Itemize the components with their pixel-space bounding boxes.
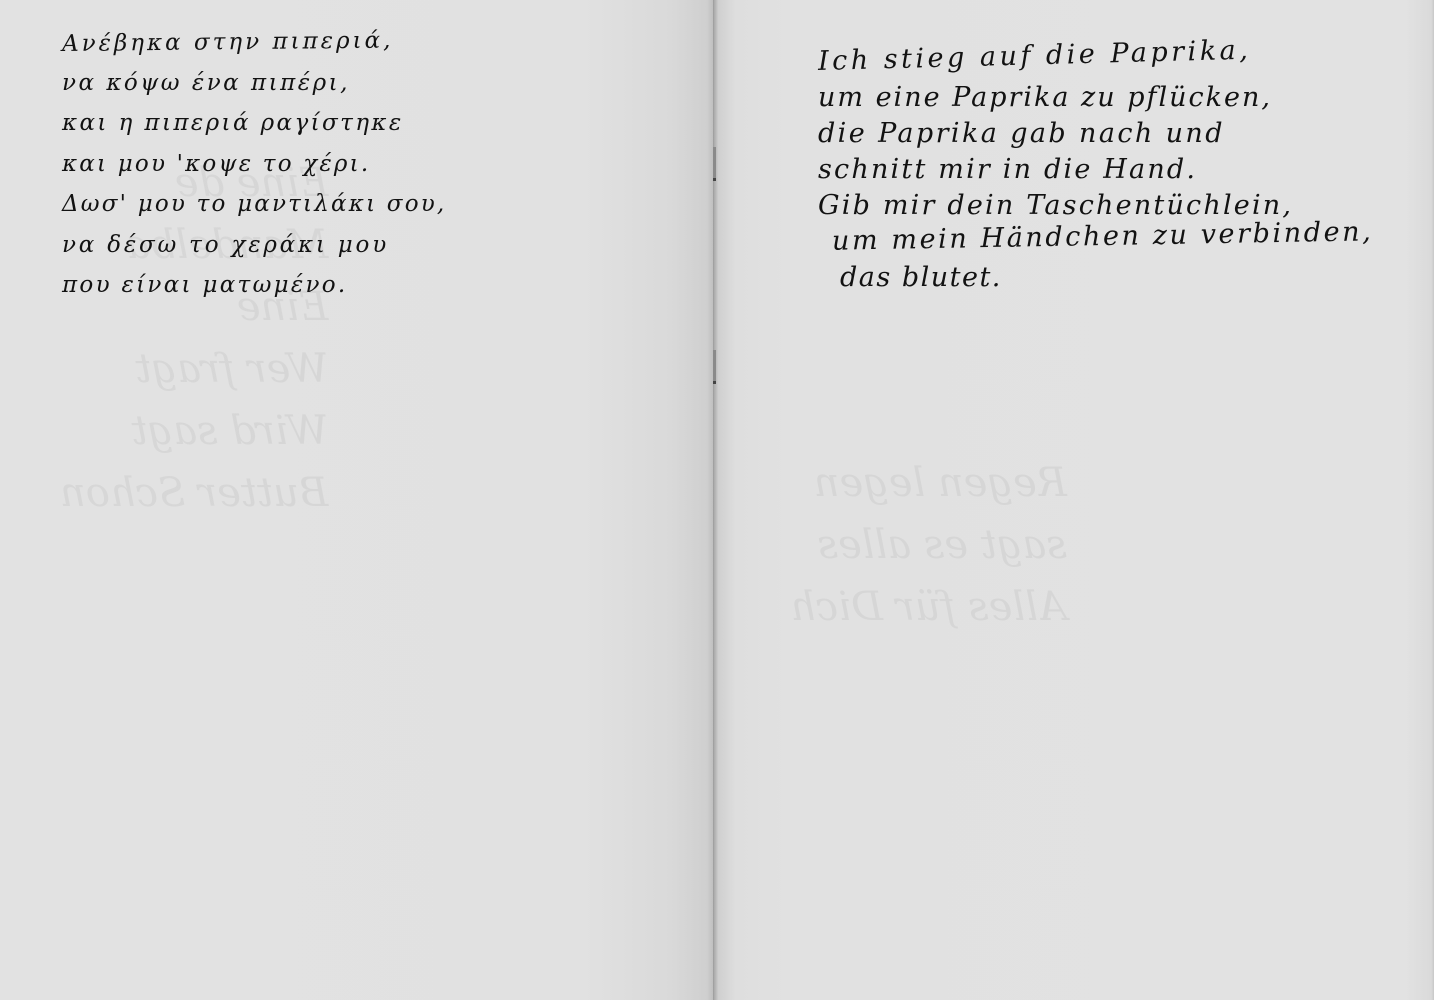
show-through-line: sagt es alles (818, 522, 1067, 568)
left-page: Eine de Mandelba Eine Wer fragt Wird sag… (0, 0, 714, 1000)
greek-line-2: να κόψω ένα πιπέρι, (62, 63, 446, 104)
staple-bottom (713, 350, 716, 382)
show-through-line: Butter Schon (60, 470, 328, 516)
staple-top-mark (713, 178, 716, 181)
show-through-line: Alles für Dich (790, 584, 1067, 630)
german-line-4: schnitt mir in die Hand. (818, 152, 1373, 188)
german-line-2: um eine Paprika zu pflücken, (818, 80, 1373, 116)
staple-top (713, 147, 716, 179)
show-through-line: Wer fragt (135, 346, 328, 392)
german-line-7: das blutet. (818, 260, 1373, 296)
greek-line-1: Ανέβηκα στην πιπεριά, (62, 20, 447, 65)
greek-line-3: και η πιπεριά ραγίστηκε (62, 103, 446, 144)
german-line-1: Ich stieg auf die Paprika, (818, 29, 1374, 80)
show-through-line: Regen legen (814, 460, 1067, 506)
greek-poem: Ανέβηκα στην πιπεριά, να κόψω ένα πιπέρι… (62, 22, 446, 306)
greek-line-4: και μου 'κοψε το χέρι. (62, 144, 446, 185)
right-page: Regen legen sagt es alles Alles für Dich… (714, 0, 1434, 1000)
greek-line-6: να δέσω το χεράκι μου (62, 225, 446, 266)
show-through-line: Wird sagt (132, 408, 329, 454)
notebook-spread: Eine de Mandelba Eine Wer fragt Wird sag… (0, 0, 1434, 1000)
greek-line-7: που είναι ματωμένο. (62, 265, 446, 306)
german-line-3: die Paprika gab nach und (818, 116, 1373, 152)
greek-line-5: Δωσ' μου το μαντιλάκι σου, (62, 184, 446, 225)
staple-bottom-mark (713, 381, 716, 384)
german-poem: Ich stieg auf die Paprika, um eine Papri… (818, 44, 1373, 296)
